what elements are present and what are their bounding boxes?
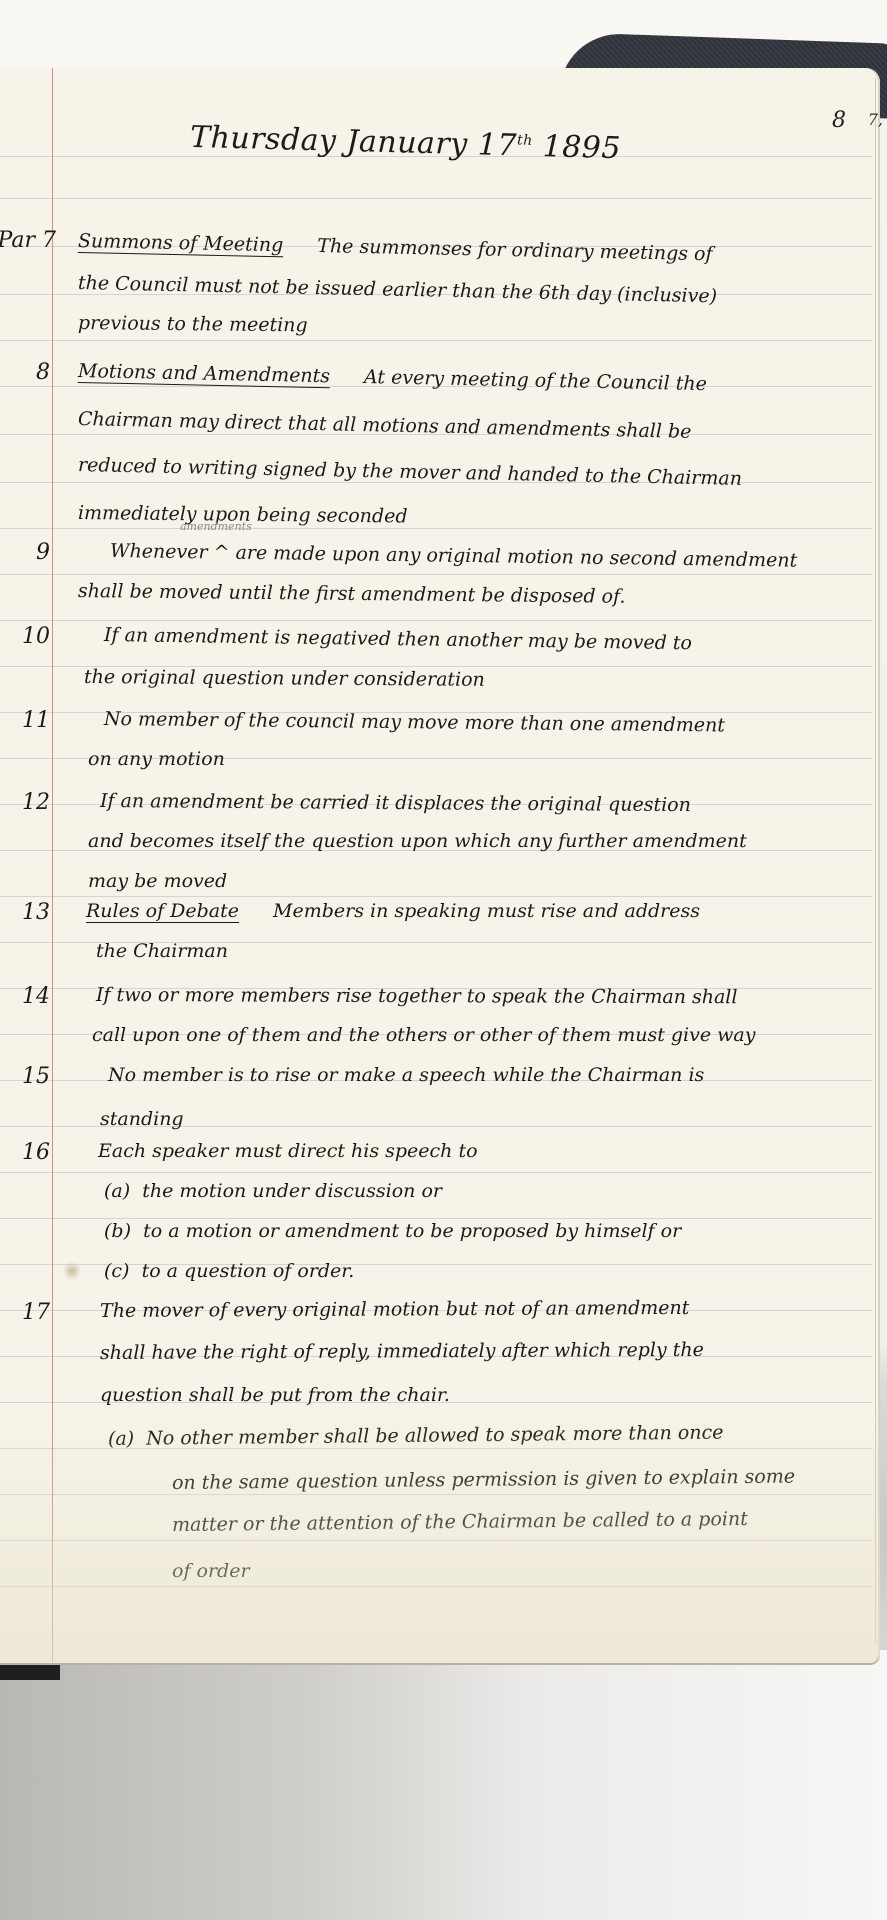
entry-number: 14 — [4, 984, 50, 1009]
entry-number: 13 — [4, 900, 50, 925]
entry-number: 16 — [4, 1140, 50, 1165]
sub-item: (a) No other member shall be allowed to … — [108, 1420, 880, 1450]
entry-number: 15 — [4, 1064, 50, 1089]
entry-line: the original question under consideratio… — [84, 666, 874, 694]
entry-line: shall have the right of reply, immediate… — [100, 1338, 880, 1364]
entry-line: If an amendment is negatived then anothe… — [104, 624, 880, 657]
inserted-word: amendments — [180, 520, 252, 533]
entry-line: Whenever ^ are made upon any original mo… — [110, 540, 880, 573]
entry-line: question shall be put from the chair. — [100, 1384, 880, 1406]
entry-line: Rules of DebateMembers in speaking must … — [86, 900, 876, 922]
sub-item-line: of order — [172, 1560, 880, 1582]
entry-line: and becomes itself the question upon whi… — [88, 830, 878, 852]
adjacent-page-mark: 7, — [868, 110, 883, 129]
photo-background-bottom — [0, 1650, 887, 1920]
entry-line: call upon one of them and the others or … — [92, 1024, 880, 1046]
entry-line: If an amendment be carried it displaces … — [100, 790, 880, 818]
page-number: 8 — [832, 108, 846, 133]
section-heading: Summons of Meeting — [78, 230, 284, 256]
entry-line: may be moved — [88, 870, 878, 892]
sub-item: (c) to a question of order. — [104, 1260, 880, 1282]
page-edge — [875, 78, 876, 1643]
entry-line: reduced to writing signed by the mover a… — [78, 454, 868, 493]
entry-number: 12 — [4, 790, 50, 815]
entry-number: 8 — [4, 360, 50, 385]
sub-item: (a) the motion under discussion or — [104, 1180, 880, 1202]
red-margin-line — [52, 68, 53, 1663]
ledger-page: 8 Thursday January 17th 1895 Par 7 Summo… — [0, 68, 880, 1663]
entry-line: the Council must not be issued earlier t… — [78, 272, 868, 311]
entry-line: standing — [100, 1108, 880, 1130]
entry-line: Chairman may direct that all motions and… — [78, 408, 868, 447]
entry-number: 9 — [4, 540, 50, 565]
sub-item: (b) to a motion or amendment to be propo… — [104, 1220, 880, 1242]
entry-line: on any motion — [88, 748, 878, 770]
entry-line: shall be moved until the first amendment… — [78, 580, 868, 610]
sub-item-line: on the same question unless permission i… — [172, 1464, 880, 1494]
entry-number: 11 — [4, 708, 50, 733]
entry-line: If two or more members rise together to … — [96, 984, 880, 1009]
page-date-heading: Thursday January 17th 1895 — [190, 120, 661, 167]
section-heading: Rules of Debate — [86, 900, 239, 922]
sub-item-line: matter or the attention of the Chairman … — [172, 1506, 880, 1536]
entry-line: Each speaker must direct his speech to — [98, 1140, 880, 1162]
entry-number: Par 7 — [0, 228, 56, 253]
entry-line: Summons of MeetingThe summonses for ordi… — [78, 230, 868, 269]
ink-stain — [64, 1260, 80, 1282]
section-heading: Motions and Amendments — [78, 360, 331, 387]
entry-number: 17 — [4, 1300, 50, 1325]
entry-line: The mover of every original motion but n… — [100, 1296, 880, 1322]
entry-line: No member is to rise or make a speech wh… — [108, 1064, 880, 1086]
entry-line: the Chairman — [96, 940, 880, 962]
entry-number: 10 — [4, 624, 50, 649]
entry-line: Motions and AmendmentsAt every meeting o… — [78, 360, 868, 399]
entry-line: previous to the meeting — [78, 312, 868, 342]
